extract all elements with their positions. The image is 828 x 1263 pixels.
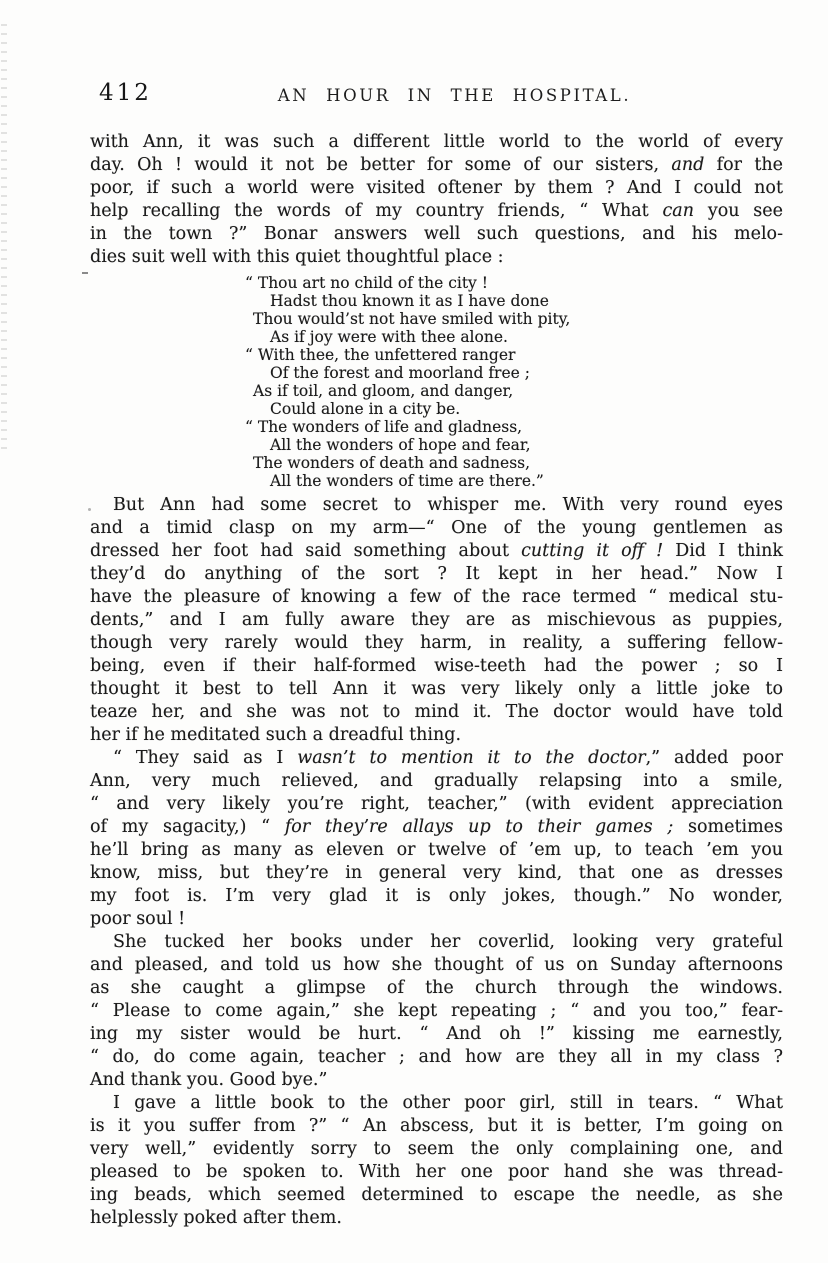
- poem-line: “ With thee, the unfettered ranger: [245, 346, 783, 364]
- text-segment: have the pleasure of knowing a few of th…: [90, 587, 783, 607]
- text-segment: for the: [704, 155, 783, 175]
- text-line: “ and very likely you’re right, teacher,…: [90, 793, 783, 816]
- text-line: they’d do anything of the sort ? It kept…: [90, 563, 783, 586]
- text-line: teaze her, and she was not to mind it. T…: [90, 701, 783, 724]
- text-segment: and a timid clasp on my arm—“ One of the…: [90, 518, 783, 538]
- paragraph: “ They said as I wasn’t to mention it to…: [90, 747, 783, 931]
- text-segment: ,” added poor: [646, 748, 783, 768]
- text-line: But Ann had some secret to whisper me. W…: [90, 494, 783, 517]
- text-line: poor, if such a world were visited often…: [90, 177, 783, 200]
- text-line: pleased to be spoken to. With her one po…: [90, 1161, 783, 1184]
- text-segment: with Ann, it was such a different little…: [90, 132, 783, 152]
- text-segment: is it you suffer from ?” “ An abscess, b…: [90, 1116, 783, 1136]
- text-segment: day. Oh ! would it not be better for som…: [90, 155, 671, 175]
- text-segment: in the town ?” Bonar answers well such q…: [90, 224, 783, 244]
- text-segment: very well,” evidently sorry to seem the …: [90, 1139, 783, 1159]
- text-line: is it you suffer from ?” “ An abscess, b…: [90, 1115, 783, 1138]
- text-segment: And thank you. Good bye.”: [90, 1070, 327, 1090]
- text-segment: of my sagacity,) “: [90, 817, 285, 837]
- text-segment: “ do, do come again, teacher ; and how a…: [90, 1047, 783, 1067]
- text-line: her if he meditated such a dreadful thin…: [90, 724, 783, 747]
- poem-line: Could alone in a city be.: [270, 400, 783, 418]
- text-line: dies suit well with this quiet thoughtfu…: [90, 246, 783, 269]
- text-line: my foot is. I’m very glad it is only jok…: [90, 885, 783, 908]
- text-line: with Ann, it was such a different little…: [90, 131, 783, 154]
- text-segment: But Ann had some secret to whisper me. W…: [113, 495, 783, 515]
- text-line: “ Please to come again,” she kept repeat…: [90, 1000, 783, 1023]
- text-segment: dies suit well with this quiet thoughtfu…: [90, 247, 504, 267]
- text-line: “ do, do come again, teacher ; and how a…: [90, 1046, 783, 1069]
- text-segment: her if he meditated such a dreadful thin…: [90, 725, 461, 745]
- italic-text: for they’re allays up to their games ;: [285, 817, 673, 837]
- book-page: 412 AN HOUR IN THE HOSPITAL. with Ann, i…: [0, 0, 828, 1263]
- text-segment: Ann, very much relieved, and gradually r…: [90, 771, 783, 791]
- poem-line: As if joy were with thee alone.: [270, 328, 783, 346]
- text-segment: though very rarely would they harm, in r…: [90, 633, 783, 653]
- text-line: “ They said as I wasn’t to mention it to…: [90, 747, 783, 770]
- italic-text: wasn’t to mention it to the doctor: [297, 748, 645, 768]
- italic-text: can: [663, 201, 695, 221]
- text-line: ing my sister would be hurt. “ And oh !”…: [90, 1023, 783, 1046]
- text-line: as she caught a glimpse of the church th…: [90, 977, 783, 1000]
- text-segment: ing beads, which seemed determined to es…: [90, 1185, 783, 1205]
- text-segment: being, even if their half-formed wise-te…: [90, 656, 783, 676]
- text-line: he’ll bring as many as eleven or twelve …: [90, 839, 783, 862]
- text-segment: as she caught a glimpse of the church th…: [90, 978, 783, 998]
- text-segment: “ They said as I: [113, 748, 297, 768]
- scan-artifact: [82, 272, 88, 274]
- paragraph: She tucked her books under her coverlid,…: [90, 931, 783, 1092]
- text-line: very well,” evidently sorry to seem the …: [90, 1138, 783, 1161]
- scan-edge-artifact: [1, 24, 7, 454]
- text-segment: I gave a little book to the other poor g…: [113, 1093, 783, 1113]
- text-segment: sometimes: [673, 817, 783, 837]
- paragraph: I gave a little book to the other poor g…: [90, 1092, 783, 1230]
- text-segment: dents,” and I am fully aware they are as…: [90, 610, 783, 630]
- text-segment: you see: [694, 201, 783, 221]
- poem-line: Hadst thou known it as I have done: [270, 292, 783, 310]
- text-segment: poor soul !: [90, 909, 185, 929]
- text-line: Ann, very much relieved, and gradually r…: [90, 770, 783, 793]
- text-line: and a timid clasp on my arm—“ One of the…: [90, 517, 783, 540]
- text-line: thought it best to tell Ann it was very …: [90, 678, 783, 701]
- text-segment: “ Please to come again,” she kept repeat…: [90, 1001, 783, 1021]
- text-segment: helplessly poked after them.: [90, 1208, 342, 1228]
- text-line: She tucked her books under her coverlid,…: [90, 931, 783, 954]
- text-segment: thought it best to tell Ann it was very …: [90, 679, 783, 699]
- text-segment: ing my sister would be hurt. “ And oh !”…: [90, 1024, 783, 1044]
- text-line: poor soul !: [90, 908, 783, 931]
- text-segment: and pleased, and told us how she thought…: [90, 955, 783, 975]
- text-segment: dressed her foot had said something abou…: [90, 541, 521, 561]
- text-line: I gave a little book to the other poor g…: [90, 1092, 783, 1115]
- poem-line: The wonders of death and sadness,: [253, 454, 783, 472]
- text-line: And thank you. Good bye.”: [90, 1069, 783, 1092]
- text-line: in the town ?” Bonar answers well such q…: [90, 223, 783, 246]
- paragraph: with Ann, it was such a different little…: [90, 131, 783, 269]
- poem-line: Thou would’st not have smiled with pity,: [253, 310, 783, 328]
- text-line: know, miss, but they’re in general very …: [90, 862, 783, 885]
- text-segment: Did I think: [663, 541, 783, 561]
- text-segment: help recalling the words of my country f…: [90, 201, 663, 221]
- text-line: though very rarely would they harm, in r…: [90, 632, 783, 655]
- text-segment: “ and very likely you’re right, teacher,…: [90, 794, 783, 814]
- poem-block: “ Thou art no child of the city !Hadst t…: [245, 274, 783, 490]
- poem-line: As if toil, and gloom, and danger,: [253, 382, 783, 400]
- poem-line: “ The wonders of life and gladness,: [245, 418, 783, 436]
- text-line: dressed her foot had said something abou…: [90, 540, 783, 563]
- page-text: with Ann, it was such a different little…: [90, 131, 783, 1230]
- text-line: of my sagacity,) “ for they’re allays up…: [90, 816, 783, 839]
- paragraph: But Ann had some secret to whisper me. W…: [90, 494, 783, 747]
- italic-text: cutting it off !: [521, 541, 663, 561]
- text-line: and pleased, and told us how she thought…: [90, 954, 783, 977]
- text-line: ing beads, which seemed determined to es…: [90, 1184, 783, 1207]
- text-segment: pleased to be spoken to. With her one po…: [90, 1162, 783, 1182]
- poem-line: All the wonders of time are there.”: [270, 472, 783, 490]
- text-line: help recalling the words of my country f…: [90, 200, 783, 223]
- poem-line: Of the forest and moorland free ;: [270, 364, 783, 382]
- text-segment: they’d do anything of the sort ? It kept…: [90, 564, 783, 584]
- italic-text: and: [671, 155, 704, 175]
- text-segment: She tucked her books under her coverlid,…: [113, 932, 783, 952]
- text-line: helplessly poked after them.: [90, 1207, 783, 1230]
- text-segment: my foot is. I’m very glad it is only jok…: [90, 886, 783, 906]
- text-line: dents,” and I am fully aware they are as…: [90, 609, 783, 632]
- text-segment: know, miss, but they’re in general very …: [90, 863, 783, 883]
- text-segment: he’ll bring as many as eleven or twelve …: [90, 840, 783, 860]
- text-line: being, even if their half-formed wise-te…: [90, 655, 783, 678]
- text-line: have the pleasure of knowing a few of th…: [90, 586, 783, 609]
- running-title: AN HOUR IN THE HOSPITAL.: [90, 86, 801, 105]
- poem-line: All the wonders of hope and fear,: [270, 436, 783, 454]
- poem-line: “ Thou art no child of the city !: [245, 274, 783, 292]
- text-segment: poor, if such a world were visited often…: [90, 178, 783, 198]
- text-segment: teaze her, and she was not to mind it. T…: [90, 702, 783, 722]
- text-line: day. Oh ! would it not be better for som…: [90, 154, 783, 177]
